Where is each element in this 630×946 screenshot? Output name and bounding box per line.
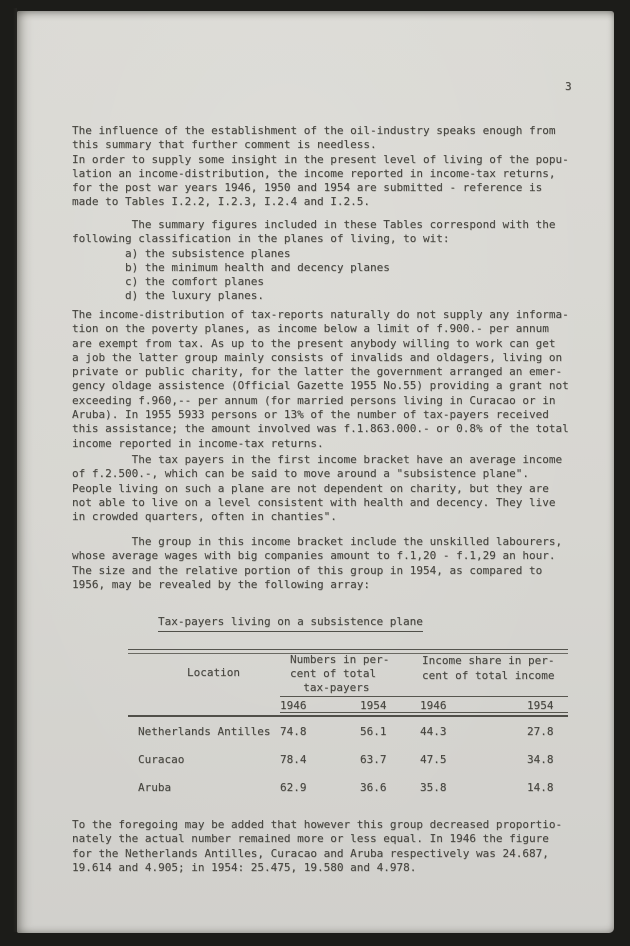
paragraph-unskilled-labourers: The group in this income bracket include…	[72, 535, 562, 592]
row-value-1946-numbers: 62.9	[280, 781, 307, 795]
row-value-1946-income: 47.5	[420, 753, 447, 767]
table-row-aruba: Aruba 62.9 36.6 35.8 14.8	[128, 781, 568, 795]
table-row-curacao: Curacao 78.4 63.7 47.5 34.8	[128, 753, 568, 767]
table-title-text: Tax-payers living on a subsistence plane	[158, 615, 423, 632]
row-value-1954-income: 14.8	[527, 781, 554, 795]
row-value-1946-numbers: 74.8	[280, 725, 307, 739]
table-header-location: Location	[187, 666, 240, 680]
row-value-1954-numbers: 63.7	[360, 753, 387, 767]
row-value-1954-numbers: 36.6	[360, 781, 387, 795]
row-location: Aruba	[138, 781, 171, 795]
scanned-document-background: 3 The influence of the establishment of …	[0, 0, 630, 946]
document-page: 3 The influence of the establishment of …	[17, 11, 614, 933]
row-value-1946-income: 44.3	[420, 725, 447, 739]
row-value-1954-income: 27.8	[527, 725, 554, 739]
row-value-1946-numbers: 78.4	[280, 753, 307, 767]
row-value-1946-income: 35.8	[420, 781, 447, 795]
paragraph-income-distribution: The income-distribution of tax-reports n…	[72, 308, 569, 451]
paragraph-closing-figures: To the foregoing may be added that howev…	[72, 818, 562, 875]
table-rule-under-years	[280, 712, 568, 713]
table-rule-header-bottom	[128, 715, 568, 717]
row-value-1954-income: 34.8	[527, 753, 554, 767]
row-value-1954-numbers: 56.1	[360, 725, 387, 739]
subsistence-plane-table: Location Numbers in per- cent of total t…	[128, 649, 568, 809]
page-number: 3	[565, 80, 572, 94]
row-location: Curacao	[138, 753, 184, 767]
table-header-income-share: Income share in per- cent of total incom…	[422, 654, 554, 683]
table-header-numbers-percent: Numbers in per- cent of total tax-payers	[290, 653, 389, 695]
table-rule-under-groups	[280, 696, 568, 697]
paragraph-oil-industry-intro: The influence of the establishment of th…	[72, 124, 569, 210]
paragraph-first-income-bracket: The tax payers in the first income brack…	[72, 453, 562, 524]
table-row-netherlands-antilles: Netherlands Antilles 74.8 56.1 44.3 27.8	[128, 725, 568, 739]
paragraph-planes-classification: The summary figures included in these Ta…	[72, 218, 555, 304]
table-title: Tax-payers living on a subsistence plane	[158, 615, 423, 632]
row-location: Netherlands Antilles	[138, 725, 270, 739]
